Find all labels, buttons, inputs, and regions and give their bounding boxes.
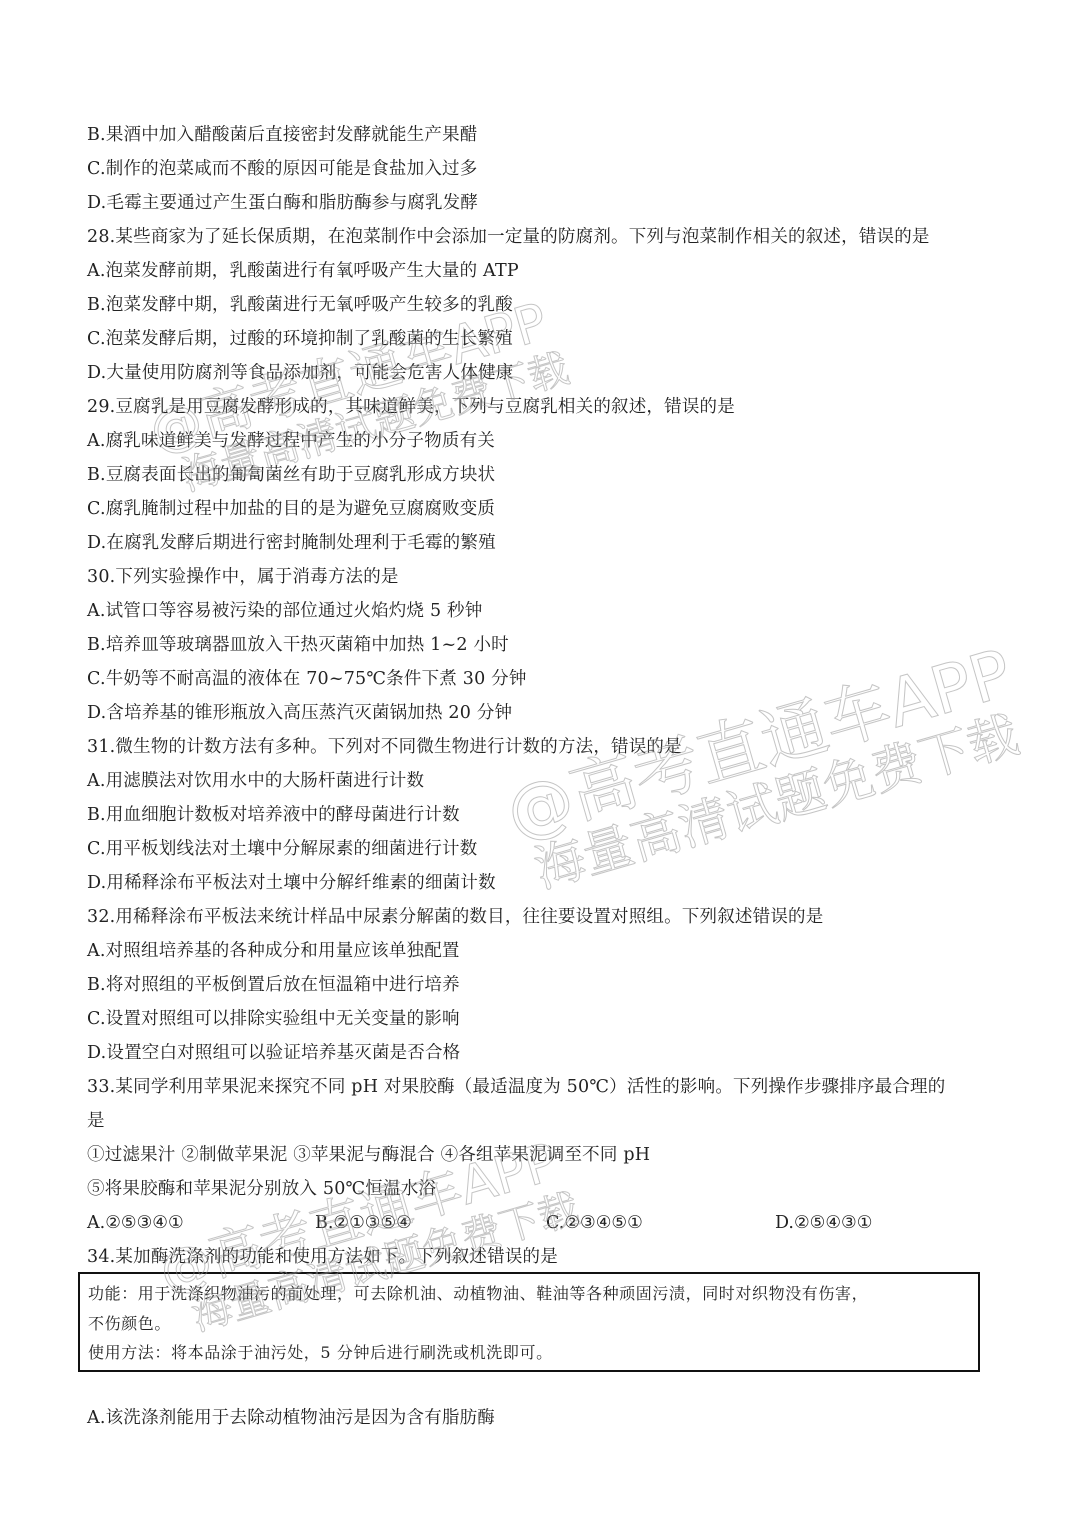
q33-stem-continued: 是 bbox=[87, 1104, 105, 1138]
info-box-usage-text: 使用方法：将本品涂于油污处，5 分钟后进行刷洗或机洗即可。 bbox=[88, 1337, 553, 1369]
q31-option-d: D.用稀释涂布平板法对土壤中分解纤维素的细菌计数 bbox=[87, 866, 496, 900]
q31-option-c: C.用平板划线法对土壤中分解尿素的细菌进行计数 bbox=[87, 832, 477, 866]
q30-option-d: D.含培养基的锥形瓶放入高压蒸汽灭菌锅加热 20 分钟 bbox=[87, 696, 512, 730]
q30-option-c: C.牛奶等不耐高温的液体在 70~75℃条件下煮 30 分钟 bbox=[87, 662, 527, 696]
q33-option-c: C.②③④⑤① bbox=[546, 1206, 643, 1240]
q28-stem: 28.某些商家为了延长保质期，在泡菜制作中会添加一定量的防腐剂。下列与泡菜制作相… bbox=[87, 220, 930, 254]
q32-stem: 32.用稀释涂布平板法来统计样品中尿素分解菌的数目，往往要设置对照组。下列叙述错… bbox=[87, 900, 823, 934]
q33-options: A.②⑤③④① B.②①③⑤④ C.②③④⑤① D.②⑤④③① bbox=[0, 1206, 1080, 1240]
q30-stem: 30.下列实验操作中，属于消毒方法的是 bbox=[87, 560, 399, 594]
q31-option-a: A.用滤膜法对饮用水中的大肠杆菌进行计数 bbox=[87, 764, 424, 798]
info-box-function-text: 功能：用于洗涤织物油污的前处理，可去除机油、动植物油、鞋油等各种顽固污渍，同时对… bbox=[88, 1278, 868, 1310]
q32-option-a: A.对照组培养基的各种成分和用量应该单独配置 bbox=[87, 934, 460, 968]
q31-stem: 31.微生物的计数方法有多种。下列对不同微生物进行计数的方法，错误的是 bbox=[87, 730, 682, 764]
q34-stem: 34.某加酶洗涤剂的功能和使用方法如下。下列叙述错误的是 bbox=[87, 1240, 558, 1274]
q33-steps-2: ⑤将果胶酶和苹果泥分别放入 50℃恒温水浴 bbox=[87, 1172, 436, 1206]
q27-option-d: D.毛霉主要通过产生蛋白酶和脂肪酶参与腐乳发酵 bbox=[87, 186, 478, 220]
q33-option-b: B.②①③⑤④ bbox=[315, 1206, 412, 1240]
q29-option-a: A.腐乳味道鲜美与发酵过程中产生的小分子物质有关 bbox=[87, 424, 495, 458]
q34-info-box: 功能：用于洗涤织物油污的前处理，可去除机油、动植物油、鞋油等各种顽固污渍，同时对… bbox=[78, 1272, 980, 1372]
q29-option-b: B.豆腐表面长出的匍匐菌丝有助于豆腐乳形成方块状 bbox=[87, 458, 495, 492]
q33-stem: 33.某同学利用苹果泥来探究不同 pH 对果胶酶（最适温度为 50℃）活性的影响… bbox=[87, 1070, 945, 1104]
q30-option-b: B.培养皿等玻璃器皿放入干热灭菌箱中加热 1~2 小时 bbox=[87, 628, 509, 662]
q28-option-a: A.泡菜发酵前期，乳酸菌进行有氧呼吸产生大量的 ATP bbox=[87, 254, 519, 288]
q28-option-b: B.泡菜发酵中期，乳酸菌进行无氧呼吸产生较多的乳酸 bbox=[87, 288, 513, 322]
q30-option-a: A.试管口等容易被污染的部位通过火焰灼烧 5 秒钟 bbox=[87, 594, 482, 628]
info-box-function-text-continued: 不伤颜色。 bbox=[88, 1308, 171, 1340]
watermark-line2: 海量高清试题免费下载 bbox=[525, 695, 1025, 902]
q31-option-b: B.用血细胞计数板对培养液中的酵母菌进行计数 bbox=[87, 798, 460, 832]
q28-option-d: D.大量使用防腐剂等食品添加剂，可能会危害人体健康 bbox=[87, 356, 513, 390]
q32-option-c: C.设置对照组可以排除实验组中无关变量的影响 bbox=[87, 1002, 460, 1036]
q33-option-a: A.②⑤③④① bbox=[87, 1206, 184, 1240]
q32-option-b: B.将对照组的平板倒置后放在恒温箱中进行培养 bbox=[87, 968, 460, 1002]
q33-steps-1: ①过滤果汁 ②制做苹果泥 ③苹果泥与酶混合 ④各组苹果泥调至不同 pH bbox=[87, 1138, 650, 1172]
q32-option-d: D.设置空白对照组可以验证培养基灭菌是否合格 bbox=[87, 1036, 460, 1070]
exam-page: B.果酒中加入醋酸菌后直接密封发酵就能生产果醋 C.制作的泡菜咸而不酸的原因可能… bbox=[0, 0, 1080, 1527]
q27-option-c: C.制作的泡菜咸而不酸的原因可能是食盐加入过多 bbox=[87, 152, 477, 186]
q27-option-b: B.果酒中加入醋酸菌后直接密封发酵就能生产果醋 bbox=[87, 118, 478, 152]
q28-option-c: C.泡菜发酵后期，过酸的环境抑制了乳酸菌的生长繁殖 bbox=[87, 322, 513, 356]
q29-option-d: D.在腐乳发酵后期进行密封腌制处理利于毛霉的繁殖 bbox=[87, 526, 496, 560]
q33-option-d: D.②⑤④③① bbox=[775, 1206, 872, 1240]
q29-option-c: C.腐乳腌制过程中加盐的目的是为避免豆腐腐败变质 bbox=[87, 492, 495, 526]
q34-option-a: A.该洗涤剂能用于去除动植物油污是因为含有脂肪酶 bbox=[87, 1401, 495, 1435]
q29-stem: 29.豆腐乳是用豆腐发酵形成的，其味道鲜美，下列与豆腐乳相关的叙述，错误的是 bbox=[87, 390, 735, 424]
